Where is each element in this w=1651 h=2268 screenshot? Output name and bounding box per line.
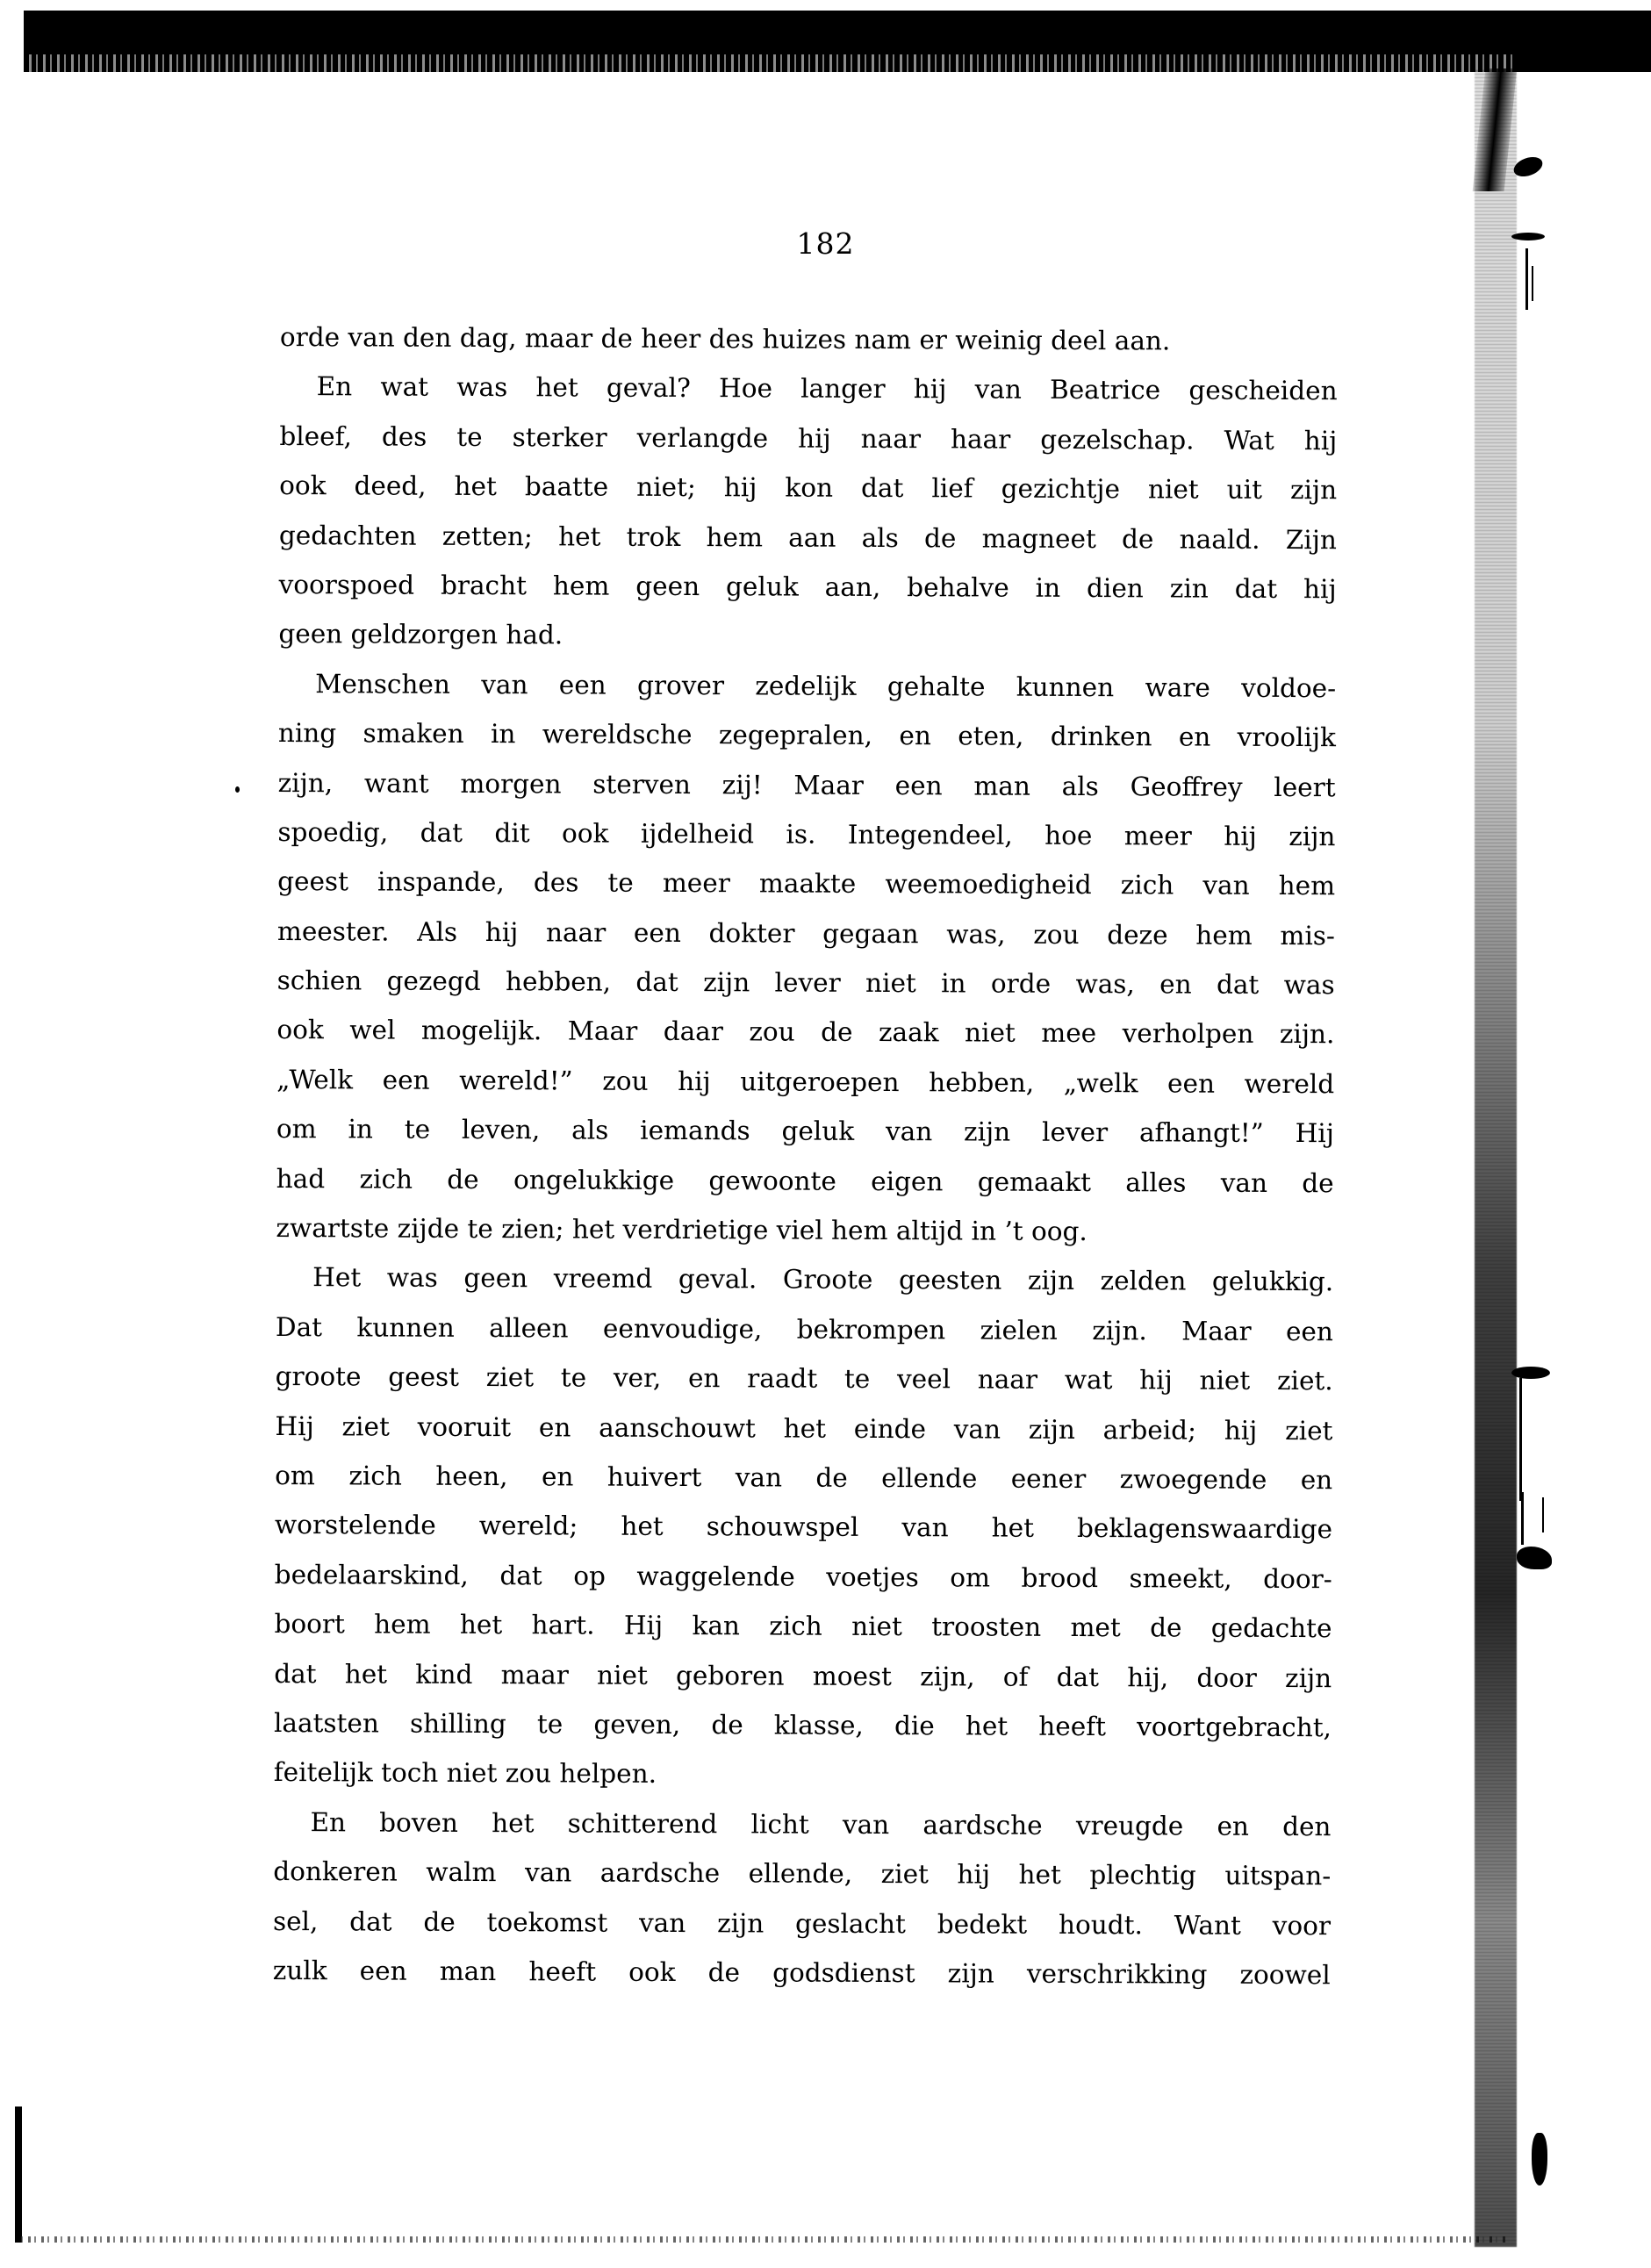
text-line: ning smaken in wereldsche zegepralen, en… <box>278 708 1336 763</box>
scan-bottom-edge <box>15 2236 1507 2243</box>
text-line: Het was geen vreemd geval. Groote geeste… <box>276 1252 1333 1307</box>
scan-stray-mark <box>235 786 240 793</box>
paragraph: En wat was het geval? Hoe langer hij van… <box>278 362 1337 664</box>
paragraph: orde van den dag, maar de heer des huize… <box>280 312 1338 367</box>
text-line: geest inspande, des te meer maakte weemo… <box>277 857 1335 911</box>
text-line: boort hem het hart. Hij kan zich niet tr… <box>274 1599 1332 1654</box>
text-line: zijn, want morgen sterven zij! Maar een … <box>278 758 1336 813</box>
text-line: spoedig, dat dit ook ijdelheid is. Integ… <box>277 807 1335 862</box>
text-line: groote geest ziet te ver, en raadt te ve… <box>276 1352 1333 1406</box>
text-line: bedelaarskind, dat op waggelende voetjes… <box>275 1550 1332 1604</box>
text-line: Hij ziet vooruit en aanschouwt het einde… <box>275 1402 1332 1456</box>
scan-ink-blot-lower <box>1511 1367 1550 1379</box>
text-line: ook deed, het baatte niet; hij kon dat l… <box>279 461 1337 515</box>
text-line: laatsten shilling te geven, de klasse, d… <box>274 1698 1332 1753</box>
scan-left-edge <box>15 2107 22 2243</box>
paragraph: Het was geen vreemd geval. Groote geeste… <box>274 1252 1334 1802</box>
paragraph: En boven het schitterend licht van aards… <box>273 1798 1332 2000</box>
scan-ink-blot-bottom <box>1532 2133 1547 2185</box>
text-line: „Welk een wereld!” zou hij uitgeroepen h… <box>276 1055 1334 1109</box>
text-line: zwartste zijde te zien; het verdrietige … <box>276 1203 1333 1258</box>
text-line: om in te leven, als iemands geluk van zi… <box>276 1104 1334 1159</box>
text-line: gedachten zetten; het trok hem aan als d… <box>279 511 1337 565</box>
text-line: orde van den dag, maar de heer des huize… <box>280 312 1338 367</box>
body-text: orde van den dag, maar de heer des huize… <box>273 312 1338 2000</box>
text-line: bleef, des te sterker verlangde hij naar… <box>279 412 1337 466</box>
scan-top-band-edge <box>24 54 1516 72</box>
text-line: geen geldzorgen had. <box>278 609 1336 664</box>
text-line: sel, dat de toekomst van zijn geslacht b… <box>273 1896 1331 1950</box>
text-line: ook wel mogelijk. Maar daar zou de zaak … <box>276 1005 1334 1059</box>
text-line: donkeren walm van aardsche ellende, ziet… <box>273 1847 1331 1901</box>
text-line: dat het kind maar niet geboren moest zij… <box>274 1649 1332 1704</box>
text-line: had zich de ongelukkige gewoonte eigen g… <box>276 1154 1334 1209</box>
text-line: voorspoed bracht hem geen geluk aan, beh… <box>279 560 1337 614</box>
paragraph: Menschen van een grover zedelijk gehalte… <box>276 659 1336 1258</box>
scan-ink-blot-bottom <box>1517 1547 1552 1569</box>
text-line: worstelende wereld; het schouwspel van h… <box>275 1500 1332 1554</box>
scan-vertical-mark <box>1532 266 1533 301</box>
text-line: En boven het schitterend licht van aards… <box>273 1798 1331 1852</box>
scan-vertical-mark <box>1542 1497 1544 1532</box>
text-line: En wat was het geval? Hoe langer hij van… <box>280 362 1338 416</box>
text-line: om zich heen, en huivert van de ellende … <box>275 1451 1332 1505</box>
text-line: schien gezegd hebben, dat zijn lever nie… <box>277 956 1335 1010</box>
text-line: meester. Als hij naar een dokter gegaan … <box>277 907 1335 961</box>
text-line: Dat kunnen alleen eenvoudige, bekrompen … <box>276 1303 1333 1357</box>
scan-gutter-shadow <box>1475 70 1517 2247</box>
scan-vertical-mark <box>1521 1492 1524 1545</box>
text-line: Menschen van een grover zedelijk gehalte… <box>278 659 1336 714</box>
scan-vertical-mark <box>1519 1378 1522 1501</box>
text-line: feitelijk toch niet zou helpen. <box>274 1748 1332 1802</box>
text-line: zulk een man heeft ook de godsdienst zij… <box>273 1946 1331 2000</box>
page-number: 182 <box>0 226 1651 261</box>
